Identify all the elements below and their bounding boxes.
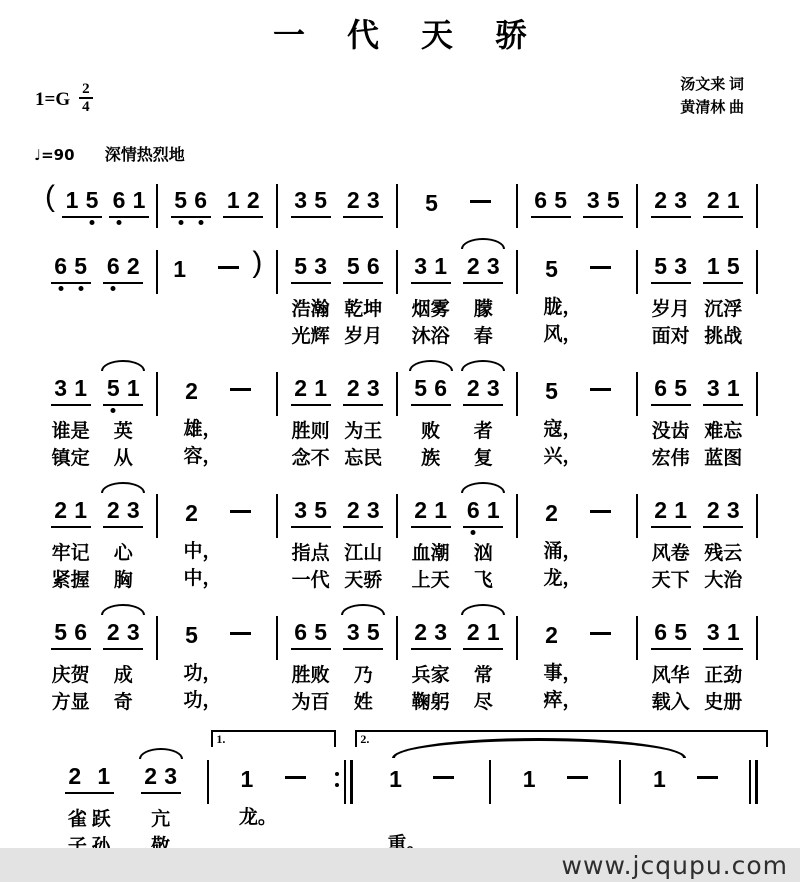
lyric-verse2: 宏伟 [652, 445, 690, 472]
notes: 5 [184, 616, 251, 648]
note-digit: 6 [105, 253, 121, 279]
notes: 23 [103, 494, 143, 528]
note-digit: 5 [553, 187, 569, 213]
lyric-verse2: 风， [544, 321, 582, 348]
note-digit: 5 [53, 619, 69, 645]
lyric-verse1: 败 [421, 418, 440, 445]
lyric-verse1: 龙。 [239, 804, 277, 831]
half-note-dash [590, 510, 611, 513]
score-line: 65621)53浩瀚光辉56乾坤岁月31烟雾沐浴23朦春5胧，风，53岁月面对1… [0, 236, 800, 350]
note-digit: 5 [653, 253, 669, 279]
note-digit: 2 [105, 497, 121, 523]
note-digit: 6 [653, 619, 669, 645]
note-group: 65没齿宏伟 [651, 372, 691, 472]
note-digit: 3 [673, 187, 689, 213]
half-note-dash [567, 776, 588, 779]
notes: 61 [109, 184, 149, 218]
measure: 21牢记紧握23心胸 [38, 494, 158, 594]
notes: 12 [223, 184, 263, 218]
lyric-verse1: 常 [474, 662, 493, 689]
lyric-verse1: 为王 [344, 418, 382, 445]
measure: 2.1重。 [353, 760, 490, 860]
score-line: 21雀 跃子 孙23亢敬1.1龙。2.1重。11 [0, 724, 800, 860]
note-digit: 2 [143, 763, 159, 789]
lyric-verse1: 朦 [474, 296, 493, 323]
measure: 5功，功， [158, 616, 278, 716]
key-signature: 1=G24 [35, 82, 93, 114]
note-group: 65 [531, 184, 571, 218]
notes: 1 [239, 760, 306, 792]
note-group: 35指点一代 [291, 494, 331, 594]
lyric-verse2: 镇定 [52, 445, 90, 472]
score: (15615612352356535232165621)53浩瀚光辉56乾坤岁月… [0, 170, 800, 860]
notes: 2 [544, 494, 611, 526]
note-digit: 2 [705, 187, 721, 213]
lyric-verse2: 龙， [544, 565, 582, 592]
lyric-verse1: 胜败 [292, 662, 330, 689]
note-group: 21雀 跃子 孙 [65, 760, 114, 860]
note-group: 21胜则念不 [291, 372, 331, 472]
note-digit: 5 [605, 187, 621, 213]
notes: 23 [103, 616, 143, 650]
note-digit: 6 [365, 253, 381, 279]
note-groups: 21胜则念不23为王忘民 [278, 372, 396, 472]
note-digit: 6 [73, 619, 89, 645]
half-note-dash [230, 388, 251, 391]
lyric-verse1: 心 [114, 540, 133, 567]
lyric-verse2: 载入 [652, 689, 690, 716]
notes: 31 [703, 616, 743, 650]
note-group: 23心胸 [103, 494, 143, 594]
note-digit: 6 [433, 375, 449, 401]
note-digit: 5 [293, 253, 309, 279]
lyric-verse1: 胜则 [292, 418, 330, 445]
note-group: 1重。 [387, 760, 454, 858]
note-group: 31难忘蓝图 [703, 372, 743, 472]
note-digit: 2 [465, 253, 481, 279]
note-group: 51英从 [103, 372, 143, 472]
note-group: 5功，功， [184, 616, 251, 714]
note-digit: 2 [67, 763, 83, 789]
measure: 65没齿宏伟31难忘蓝图 [638, 372, 758, 472]
note-group: 21血潮上天 [411, 494, 451, 594]
lyric-verse1: 胧， [544, 294, 582, 321]
lyric-verse1: 乃 [354, 662, 373, 689]
lyric-verse1: 谁是 [52, 418, 90, 445]
note-groups: 2雄，容， [158, 372, 276, 470]
note-digit: 2 [544, 500, 560, 526]
note-digit: 2 [245, 187, 261, 213]
note-digit: 1 [125, 375, 141, 401]
note-group: 2涌，龙， [544, 494, 611, 592]
low-octave-dot [90, 220, 95, 225]
lyric-verse1: 者 [474, 418, 493, 445]
note-groups: 2事，瘁， [518, 616, 636, 714]
repeat-dots [335, 772, 339, 787]
note-group: 21牢记紧握 [51, 494, 91, 594]
lyric-verse2: 复 [474, 445, 493, 472]
note-digit: 6 [465, 497, 481, 523]
notes: 31 [703, 372, 743, 406]
lyricist: 汤文来 词 [680, 74, 744, 97]
notes: 31 [51, 372, 91, 406]
note-digit: 1 [225, 187, 241, 213]
note-digit: 2 [705, 497, 721, 523]
half-note-dash [590, 388, 611, 391]
note-group: 12 [223, 184, 263, 218]
note-group: 35 [291, 184, 331, 218]
note-group: 15 [62, 184, 102, 218]
lyric-verse2: 光辉 [292, 323, 330, 350]
note-digit: 5 [173, 187, 189, 213]
time-numerator: 2 [79, 82, 93, 99]
half-note-dash [433, 776, 454, 779]
notes: 56 [171, 184, 211, 218]
lyric-verse1: 雀 跃 [68, 806, 111, 833]
lyric-verse1: 庆贺 [52, 662, 90, 689]
note-digit: 3 [485, 375, 501, 401]
lyric-verse1: 风华 [652, 662, 690, 689]
measure: 2雄，容， [158, 372, 278, 472]
note-group: 65胜败为百 [291, 616, 331, 716]
note-groups: 21雀 跃子 孙23亢敬 [38, 760, 207, 860]
note-digit: 3 [365, 187, 381, 213]
note-digit: 1 [239, 766, 255, 792]
notes: 31 [411, 250, 451, 284]
watermark-url: www.jcqupu.com [562, 851, 800, 880]
lyric-verse1: 浩瀚 [292, 296, 330, 323]
note-groups: 56败族23者复 [398, 372, 516, 472]
note-digit: 3 [705, 619, 721, 645]
note-groups: 3523 [278, 184, 396, 218]
note-groups: 31烟雾沐浴23朦春 [398, 250, 516, 350]
measure: 31谁是镇定51英从 [38, 372, 158, 472]
notes: 1 [651, 760, 718, 792]
lyric-verse1: 沉浮 [704, 296, 742, 323]
note-digit: 2 [293, 375, 309, 401]
slur-arc [101, 360, 145, 371]
notes: 15 [62, 184, 102, 218]
note-digit: 1 [705, 253, 721, 279]
score-line: 21牢记紧握23心胸2中，中，35指点一代23江山天骄21血潮上天61汹飞2涌，… [0, 480, 800, 594]
notes: 21 [291, 372, 331, 406]
note-group: 23朦春 [463, 250, 503, 350]
note-group: 2雄，容， [184, 372, 251, 470]
notes: 65 [651, 616, 691, 650]
notes: 1 [521, 760, 588, 792]
note-digit: 1 [521, 766, 537, 792]
measure: 21血潮上天61汹飞 [398, 494, 518, 594]
lyric-verse2: 方显 [52, 689, 90, 716]
slur-arc [101, 482, 145, 493]
note-digit: 6 [653, 375, 669, 401]
low-octave-dot [111, 286, 116, 291]
lyric-verse2: 蓝图 [704, 445, 742, 472]
note-digit: 1 [131, 187, 147, 213]
notes: 15 [703, 250, 743, 284]
note-digit: 5 [84, 187, 100, 213]
note-groups: 5功，功， [158, 616, 276, 714]
lyric-verse2: 沐浴 [412, 323, 450, 350]
measure: 35指点一代23江山天骄 [278, 494, 398, 594]
notes: 1 [387, 760, 454, 792]
metronome-mark: ♩=90 [34, 146, 75, 164]
lyric-verse1: 成 [114, 662, 133, 689]
lyric-verse1: 中， [184, 538, 222, 565]
lyric-verse1: 汹 [474, 540, 493, 567]
note-digit: 2 [184, 378, 200, 404]
notes: 5 [424, 184, 491, 216]
lyric-verse2: 上天 [412, 567, 450, 594]
lyric-verse1: 烟雾 [412, 296, 450, 323]
note-group: 56败族 [411, 372, 451, 472]
notes: 2 [184, 494, 251, 526]
credits: 汤文来 词 黄清林 曲 [680, 74, 744, 120]
note-groups: 23兵家鞠躬21常尽 [398, 616, 516, 716]
lyric-verse2: 忘民 [344, 445, 382, 472]
notes: 5 [544, 250, 611, 282]
barline [756, 372, 758, 416]
lyric-verse1: 寇， [544, 416, 582, 443]
note-digit: 1 [172, 256, 188, 282]
volta-label: 1. [216, 732, 225, 747]
lyric-verse2: 为百 [292, 689, 330, 716]
note-digit: 2 [413, 497, 429, 523]
lyric-verse1: 没齿 [652, 418, 690, 445]
slur-arc [461, 360, 505, 371]
notes: 21 [65, 760, 114, 794]
note-groups: 5 [398, 184, 516, 216]
note-group: 1 [521, 760, 588, 858]
lyric-verse1: 江山 [344, 540, 382, 567]
lyric-verse1: 指点 [292, 540, 330, 567]
note-digit: 5 [313, 619, 329, 645]
note-digit: 5 [73, 253, 89, 279]
notes: 35 [291, 494, 331, 528]
note-digit: 5 [313, 497, 329, 523]
note-groups: 21牢记紧握23心胸 [38, 494, 156, 594]
close-paren: ) [252, 247, 262, 279]
note-group: 23 [343, 184, 383, 218]
low-octave-dot [78, 286, 83, 291]
notes: 53 [651, 250, 691, 284]
notes: 23 [703, 494, 743, 528]
measure: 2321 [638, 184, 758, 228]
notes: 5 [544, 372, 611, 404]
note-groups: (1561 [38, 184, 156, 218]
notes: 23 [651, 184, 691, 218]
notes: 21 [51, 494, 91, 528]
note-groups: 53岁月面对15沉浮挑战 [638, 250, 756, 350]
measure: 65风华载入31正劲史册 [638, 616, 758, 716]
half-note-dash [470, 200, 491, 203]
measure: 21胜则念不23为王忘民 [278, 372, 398, 472]
measure: 3523 [278, 184, 398, 228]
note-digit: 6 [193, 187, 209, 213]
half-note-dash [230, 632, 251, 635]
note-group: 65 [51, 250, 91, 350]
note-digit: 2 [465, 375, 481, 401]
notes: 56 [411, 372, 451, 406]
slur-arc [341, 604, 385, 615]
note-digit: 2 [125, 253, 141, 279]
note-digit: 1 [96, 763, 112, 789]
note-digit: 1 [73, 375, 89, 401]
note-digit: 2 [53, 497, 69, 523]
note-group: 61 [109, 184, 149, 218]
lyric-verse1: 正劲 [704, 662, 742, 689]
note-groups: 1 [491, 760, 619, 858]
note-group: 31谁是镇定 [51, 372, 91, 472]
tempo-marking: ♩=90 深情热烈地 [34, 142, 185, 165]
note-digit: 5 [413, 375, 429, 401]
lyric-verse1: 残云 [704, 540, 742, 567]
lyric-verse2: 紧握 [52, 567, 90, 594]
half-note-dash [285, 776, 306, 779]
note-digit: 3 [293, 187, 309, 213]
note-digit: 6 [53, 253, 69, 279]
note-groups: 2中，中， [158, 494, 276, 592]
measure: 6535 [518, 184, 638, 228]
lyric-verse2: 春 [474, 323, 493, 350]
note-groups: 6535 [518, 184, 636, 218]
notes: 61 [463, 494, 503, 528]
lyric-verse2: 瘁， [544, 687, 582, 714]
measure: 65胜败为百35乃姓 [278, 616, 398, 716]
lyric-verse2: 兴， [544, 443, 582, 470]
note-groups: 5612 [158, 184, 276, 218]
lyric-verse2: 天下 [652, 567, 690, 594]
note-groups: 2321 [638, 184, 756, 218]
note-group: 5寇，兴， [544, 372, 611, 470]
note-groups: 56庆贺方显23成奇 [38, 616, 156, 716]
note-digit: 1 [485, 497, 501, 523]
note-group: 23为王忘民 [343, 372, 383, 472]
note-digit: 3 [585, 187, 601, 213]
note-digit: 2 [413, 619, 429, 645]
lyric-verse2: 功， [184, 687, 222, 714]
note-digit: 1 [725, 375, 741, 401]
lyric-verse1: 雄， [184, 416, 222, 443]
note-groups: 21血潮上天61汹飞 [398, 494, 516, 594]
lyric-verse2: 天骄 [344, 567, 382, 594]
note-digit: 1 [725, 619, 741, 645]
time-signature: 24 [79, 82, 93, 114]
note-groups: 1重。 [353, 760, 488, 858]
note-groups: 53浩瀚光辉56乾坤岁月 [278, 250, 396, 350]
repeat-barline [335, 760, 353, 804]
note-group: 21风卷天下 [651, 494, 691, 594]
note-group: 65风华载入 [651, 616, 691, 716]
note-group: 62 [103, 250, 143, 350]
note-digit: 1 [725, 187, 741, 213]
measure: 23兵家鞠躬21常尽 [398, 616, 518, 716]
note-digit: 1 [485, 619, 501, 645]
half-note-dash [218, 266, 239, 269]
note-group: 1 [172, 250, 239, 348]
low-octave-dot [117, 220, 122, 225]
note-digit: 2 [184, 500, 200, 526]
note-digit: 3 [433, 619, 449, 645]
note-group: 56 [171, 184, 211, 218]
note-group: 23成奇 [103, 616, 143, 716]
note-digit: 5 [544, 378, 560, 404]
note-group: 56乾坤岁月 [343, 250, 383, 350]
note-group: 23者复 [463, 372, 503, 472]
notes: 65 [51, 250, 91, 284]
lyric-verse1: 难忘 [704, 418, 742, 445]
measure: (1561 [38, 184, 158, 228]
measure: 1 [491, 760, 621, 860]
notes: 35 [343, 616, 383, 650]
lyric-verse1: 涌， [544, 538, 582, 565]
measure: 2中，中， [158, 494, 278, 594]
measure: 1.1龙。 [209, 760, 353, 860]
note-group: 23残云大治 [703, 494, 743, 594]
note-group: 23江山天骄 [343, 494, 383, 594]
notes: 23 [343, 184, 383, 218]
slur-arc [101, 604, 145, 615]
lyric-verse1: 血潮 [412, 540, 450, 567]
note-group: 21常尽 [463, 616, 503, 716]
score-line: (156156123523565352321 [0, 170, 800, 228]
note-group: 21 [703, 184, 743, 218]
notes: 62 [103, 250, 143, 284]
composer: 黄清林 曲 [680, 97, 744, 120]
note-group: 1 [651, 760, 718, 858]
half-note-dash [590, 632, 611, 635]
score-line: 56庆贺方显23成奇5功，功，65胜败为百35乃姓23兵家鞠躬21常尽2事，瘁，… [0, 602, 800, 716]
note-groups: 31谁是镇定51英从 [38, 372, 156, 472]
note-groups: 2涌，龙， [518, 494, 636, 592]
expression-text: 深情热烈地 [105, 147, 185, 164]
note-digit: 3 [313, 253, 329, 279]
note-group: 2中，中， [184, 494, 251, 592]
note-groups: 21风卷天下23残云大治 [638, 494, 756, 594]
note-digit: 5 [105, 375, 121, 401]
slur-arc [461, 482, 505, 493]
lyric-verse2: 容， [184, 443, 222, 470]
barline [756, 250, 758, 294]
lyric-verse1: 兵家 [412, 662, 450, 689]
note-digit: 3 [413, 253, 429, 279]
volta-bracket: 1. [211, 730, 336, 747]
notes: 35 [291, 184, 331, 218]
lyric-verse1: 乾坤 [344, 296, 382, 323]
note-digit: 3 [725, 497, 741, 523]
note-digit: 2 [345, 497, 361, 523]
lyric-verse1: 亢 [151, 806, 170, 833]
lyric-verse2: 奇 [114, 689, 133, 716]
measure: 21风卷天下23残云大治 [638, 494, 758, 594]
lyric-verse2: 中， [184, 565, 222, 592]
lyric-verse2: 一代 [292, 567, 330, 594]
note-digit: 2 [653, 497, 669, 523]
low-octave-dot [111, 408, 116, 413]
note-digit: 3 [705, 375, 721, 401]
notes: 2 [184, 372, 251, 404]
slur-arc [461, 238, 505, 249]
open-paren: ( [45, 181, 55, 213]
note-digit: 6 [533, 187, 549, 213]
song-title: 一代天骄 [0, 10, 800, 56]
note-digit: 3 [365, 497, 381, 523]
notes: 21 [651, 494, 691, 528]
measure: 5胧，风， [518, 250, 638, 350]
note-digit: 3 [163, 763, 179, 789]
note-digit: 1 [433, 253, 449, 279]
lyric-verse2: 胸 [114, 567, 133, 594]
